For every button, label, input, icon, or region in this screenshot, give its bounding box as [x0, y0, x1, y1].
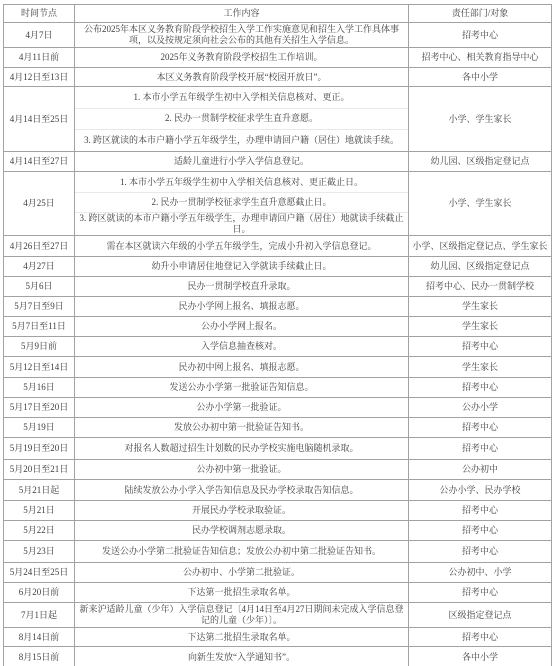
- cell-content: 民办学校调剂志愿录取。: [75, 521, 409, 541]
- cell-time: 4月25日: [4, 172, 75, 236]
- table-row: 4月12日至13日本区义务教育阶段学校开展“校园开放日”。各中小学: [4, 68, 552, 87]
- cell-dept: 小学、区级指定登记点、学生家长: [409, 236, 552, 257]
- table-row: 5月21日起陆续发放公办小学入学告知信息及民办学校录取告知信息。公办小学、民办学…: [4, 480, 552, 501]
- cell-dept: 招考中心: [409, 541, 552, 563]
- cell-content: 1. 本市小学五年级学生初中入学相关信息核对、更正。2. 民办一贯制学校征求学生…: [75, 87, 409, 152]
- content-item: 3. 跨区就读的本市户籍小学五年级学生，办理申请回户籍（居住）地就读手续截止日。: [75, 213, 408, 235]
- cell-dept: 小学、学生家长: [409, 172, 552, 236]
- table-row: 5月17日至20日公办小学第一批验证。公办小学: [4, 398, 552, 418]
- cell-dept: 招考中心: [409, 378, 552, 398]
- table-row: 4月7日公布2025年本区义务教育阶段学校招生入学工作实施意见和招生入学工作具体…: [4, 23, 552, 48]
- schedule-table: 时间节点 工作内容 责任部门/对象 4月7日公布2025年本区义务教育阶段学校招…: [3, 4, 552, 666]
- cell-dept: 招考中心: [409, 628, 552, 647]
- cell-content: 公办初中第一批验证。: [75, 460, 409, 480]
- cell-dept: 招考中心: [409, 418, 552, 438]
- cell-time: 5月7日至9日: [4, 297, 75, 317]
- cell-dept: 招考中心: [409, 521, 552, 541]
- cell-content: 民办初中网上报名、填报志愿。: [75, 357, 409, 378]
- cell-content: 发送公办小学第二批验证告知信息；发放公办初中第二批验证告知书。: [75, 541, 409, 563]
- cell-time: 5月6日: [4, 277, 75, 297]
- table-row: 5月19日至20日对报名人数超过招生计划数的民办学校实施电脑随机录取。招考中心: [4, 438, 552, 460]
- cell-time: 4月12日至13日: [4, 68, 75, 87]
- cell-time: 5月22日: [4, 521, 75, 541]
- cell-dept: 各中小学: [409, 647, 552, 666]
- cell-dept: 招考中心、民办一贯制学校: [409, 277, 552, 297]
- table-row: 5月19日发放公办初中第一批验证告知书。招考中心: [4, 418, 552, 438]
- table-row: 5月23日发送公办小学第二批验证告知信息；发放公办初中第二批验证告知书。招考中心: [4, 541, 552, 563]
- cell-time: 5月12日至14日: [4, 357, 75, 378]
- cell-dept: 幼儿园、区级指定登记点: [409, 257, 552, 277]
- content-item: 1. 本市小学五年级学生初中入学相关信息核对、更正截止日。: [75, 173, 408, 193]
- table-row: 4月25日1. 本市小学五年级学生初中入学相关信息核对、更正截止日。2. 民办一…: [4, 172, 552, 236]
- cell-time: 5月19日: [4, 418, 75, 438]
- cell-time: 5月21日: [4, 501, 75, 521]
- table-row: 5月7日至11日公办小学网上报名。学生家长: [4, 317, 552, 337]
- col-header-time: 时间节点: [4, 5, 75, 23]
- table-row: 5月6日民办一贯制学校直升录取。招考中心、民办一贯制学校: [4, 277, 552, 297]
- cell-dept: 招考中心: [409, 23, 552, 48]
- col-header-content: 工作内容: [75, 5, 409, 23]
- table-row: 4月14日至27日适龄儿童进行小学入学信息登记。幼儿园、区级指定登记点: [4, 152, 552, 172]
- table-row: 5月24日至25日公办初中、小学第二批验证。公办初中、小学: [4, 563, 552, 583]
- cell-content: 对报名人数超过招生计划数的民办学校实施电脑随机录取。: [75, 438, 409, 460]
- cell-dept: 公办初中、小学: [409, 563, 552, 583]
- cell-time: 5月17日至20日: [4, 398, 75, 418]
- cell-dept: 各中小学: [409, 68, 552, 87]
- cell-dept: 区级指定登记点: [409, 603, 552, 628]
- table-row: 5月12日至14日民办初中网上报名、填报志愿。学生家长: [4, 357, 552, 378]
- cell-dept: 小学、学生家长: [409, 87, 552, 152]
- table-row: 6月20日前下达第一批招生录取名单。招考中心: [4, 583, 552, 603]
- cell-content: 需在本区就读六年级的小学五年级学生，完成小升初入学信息登记。: [75, 236, 409, 257]
- cell-content: 新来沪适龄儿童（少年）入学信息登记〔4月14日至4月27日期间未完成入学信息登记…: [75, 603, 409, 628]
- col-header-dept: 责任部门/对象: [409, 5, 552, 23]
- cell-content: 陆续发放公办小学入学告知信息及民办学校录取告知信息。: [75, 480, 409, 501]
- cell-dept: 招考中心: [409, 337, 552, 357]
- content-item: 1. 本市小学五年级学生初中入学相关信息核对、更正。: [75, 88, 408, 109]
- enrollment-schedule-table: 时间节点 工作内容 责任部门/对象 4月7日公布2025年本区义务教育阶段学校招…: [3, 4, 551, 666]
- table-row: 5月9日前入学信息抽查核对。招考中心: [4, 337, 552, 357]
- cell-content: 民办一贯制学校直升录取。: [75, 277, 409, 297]
- table-row: 4月14日至25日1. 本市小学五年级学生初中入学相关信息核对、更正。2. 民办…: [4, 87, 552, 152]
- cell-content: 公办小学网上报名。: [75, 317, 409, 337]
- cell-content: 2025年义务教育阶段学校招生工作培训。: [75, 48, 409, 68]
- cell-dept: 公办小学: [409, 398, 552, 418]
- cell-content: 开展民办学校录取验证。: [75, 501, 409, 521]
- cell-time: 8月14日前: [4, 628, 75, 647]
- cell-content: 下达第一批招生录取名单。: [75, 583, 409, 603]
- cell-time: 5月19日至20日: [4, 438, 75, 460]
- cell-content: 公办初中、小学第二批验证。: [75, 563, 409, 583]
- cell-dept: 学生家长: [409, 317, 552, 337]
- header-row: 时间节点 工作内容 责任部门/对象: [4, 5, 552, 23]
- cell-time: 8月15日前: [4, 647, 75, 666]
- cell-time: 7月1日起: [4, 603, 75, 628]
- table-row: 4月27日幼升小申请居住地登记入学就读手续截止日。幼儿园、区级指定登记点: [4, 257, 552, 277]
- cell-time: 5月24日至25日: [4, 563, 75, 583]
- cell-time: 4月14日至27日: [4, 152, 75, 172]
- cell-content: 公布2025年本区义务教育阶段学校招生入学工作实施意见和招生入学工作具体事项，以…: [75, 23, 409, 48]
- cell-content: 民办小学网上报名、填报志愿。: [75, 297, 409, 317]
- cell-dept: 公办小学、民办学校: [409, 480, 552, 501]
- table-row: 4月26日至27日需在本区就读六年级的小学五年级学生，完成小升初入学信息登记。小…: [4, 236, 552, 257]
- cell-dept: 招考中心: [409, 501, 552, 521]
- cell-content: 1. 本市小学五年级学生初中入学相关信息核对、更正截止日。2. 民办一贯制学校征…: [75, 172, 409, 236]
- cell-content: 发放公办初中第一批验证告知书。: [75, 418, 409, 438]
- cell-time: 5月23日: [4, 541, 75, 563]
- content-item: 2. 民办一贯制学校征求学生直升意愿截止日。: [75, 193, 408, 213]
- table-row: 7月1日起新来沪适龄儿童（少年）入学信息登记〔4月14日至4月27日期间未完成入…: [4, 603, 552, 628]
- cell-dept: 招考中心: [409, 438, 552, 460]
- cell-dept: 幼儿园、区级指定登记点: [409, 152, 552, 172]
- cell-content: 幼升小申请居住地登记入学就读手续截止日。: [75, 257, 409, 277]
- cell-time: 4月11日前: [4, 48, 75, 68]
- table-row: 8月15日前向新生发放“入学通知书”。各中小学: [4, 647, 552, 666]
- cell-time: 4月26日至27日: [4, 236, 75, 257]
- cell-content: 公办小学第一批验证。: [75, 398, 409, 418]
- table-body: 4月7日公布2025年本区义务教育阶段学校招生入学工作实施意见和招生入学工作具体…: [4, 23, 552, 666]
- cell-time: 5月9日前: [4, 337, 75, 357]
- cell-content: 向新生发放“入学通知书”。: [75, 647, 409, 666]
- cell-time: 5月16日: [4, 378, 75, 398]
- cell-time: 6月20日前: [4, 583, 75, 603]
- cell-dept: 学生家长: [409, 357, 552, 378]
- table-row: 5月7日至9日民办小学网上报名、填报志愿。学生家长: [4, 297, 552, 317]
- content-item: 2. 民办一贯制学校征求学生直升意愿。: [75, 109, 408, 130]
- table-row: 5月21日开展民办学校录取验证。招考中心: [4, 501, 552, 521]
- cell-content: 下达第二批招生录取名单。: [75, 628, 409, 647]
- cell-time: 4月7日: [4, 23, 75, 48]
- cell-dept: 学生家长: [409, 297, 552, 317]
- cell-content: 本区义务教育阶段学校开展“校园开放日”。: [75, 68, 409, 87]
- table-row: 4月11日前2025年义务教育阶段学校招生工作培训。招考中心、相关教育指导中心: [4, 48, 552, 68]
- cell-time: 4月27日: [4, 257, 75, 277]
- cell-time: 5月20日至21日: [4, 460, 75, 480]
- content-item: 3. 跨区就读的本市户籍小学五年级学生，办理申请回户籍（居住）地就读手续。: [75, 130, 408, 150]
- table-header: 时间节点 工作内容 责任部门/对象: [4, 5, 552, 23]
- cell-content: 适龄儿童进行小学入学信息登记。: [75, 152, 409, 172]
- cell-time: 5月21日起: [4, 480, 75, 501]
- cell-time: 5月7日至11日: [4, 317, 75, 337]
- table-row: 5月20日至21日公办初中第一批验证。公办初中: [4, 460, 552, 480]
- table-row: 8月14日前下达第二批招生录取名单。招考中心: [4, 628, 552, 647]
- cell-dept: 招考中心、相关教育指导中心: [409, 48, 552, 68]
- table-row: 5月22日民办学校调剂志愿录取。招考中心: [4, 521, 552, 541]
- cell-dept: 公办初中: [409, 460, 552, 480]
- cell-content: 入学信息抽查核对。: [75, 337, 409, 357]
- table-row: 5月16日发送公办小学第一批验证告知信息。招考中心: [4, 378, 552, 398]
- cell-content: 发送公办小学第一批验证告知信息。: [75, 378, 409, 398]
- cell-time: 4月14日至25日: [4, 87, 75, 152]
- cell-dept: 招考中心: [409, 583, 552, 603]
